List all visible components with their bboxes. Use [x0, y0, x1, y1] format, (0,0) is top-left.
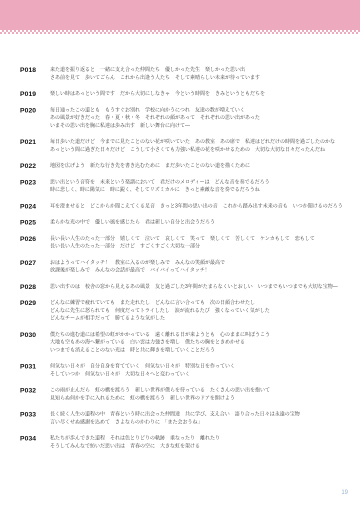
lyrics-line: 柔らかな光の中で 優しい風を感じたら 君は新しい自分と出会うだろう — [50, 219, 350, 227]
page-ref-label: P019 — [20, 90, 50, 98]
lyrics-entry: P022 地図を広げよう 新たな行き先を書き込むために まだ歩いたことのない道を… — [20, 162, 350, 170]
lyrics-line: 長い長い人生のたった一部分 だけど すごくすごく大切な一部分 — [50, 243, 350, 251]
lyrics-line: 楽しい時はあっという間です だから大切にしなきゃ 今という時間を きみというとも… — [50, 90, 350, 98]
lyrics-line: 長く続く人生の道程の中 青春という時に出会った仲間達 共に学び、支え合い 語り合… — [50, 411, 350, 419]
lyrics-line: さあ前を見て 歩いてごらん これから出逢う人たち そして素晴らしい未来が待ってい… — [50, 74, 350, 82]
lyrics-entry: P025 柔らかな光の中で 優しい風を感じたら 君は新しい自分と出会うだろう — [20, 219, 350, 227]
lyrics-line: そうしてみんなで紡いだ思い出は 青春の空に 大きな虹を架ける — [50, 442, 350, 450]
page-ref-label: P034 — [20, 435, 50, 443]
page-ref-label: P020 — [20, 106, 50, 114]
lyrics-line: あっという間に過ぎた日々だけど こうして小さくても力強い私達の花を咲かせるための… — [50, 146, 350, 154]
page-ref-label: P024 — [20, 202, 50, 210]
lyrics-list: P018 来た道を振り返ると 一緒に支え合った仲間たち 優しかった先生 楽しかっ… — [20, 66, 350, 459]
page-ref-label: P027 — [20, 259, 50, 267]
lyrics-line: 見知らぬ何かを手に入れるために 虹の橋を渡ろう 新しい世界のドアを開けよう — [50, 394, 350, 402]
lyrics-text: 地図を広げよう 新たな行き先を書き込むために まだ歩いたことのない道を描くために — [50, 162, 350, 170]
lyrics-line: 僕たちの進む道には希望の虹がかかっている 遠く離れる日が来ようとも 心のままに叫… — [50, 331, 350, 339]
lyrics-entry: P033 長く続く人生の道程の中 青春という時に出会った仲間達 共に学び、支え合… — [20, 411, 350, 427]
lyrics-line: 言い尽くせぬ感謝を込めて さよならのかわりに 「また会おうね」 — [50, 418, 350, 426]
lyrics-line: いまその思い出を胸に私達は歩み出す 新しい舞台に向けて― — [50, 122, 350, 130]
lyrics-text: おはようってハイタッチ！ 教室に入るのが楽しみで みんなの笑顔が最高で放課後が楽… — [50, 259, 350, 275]
lyrics-text: 私たちが歩んできた道程 それは色とりどりの軌跡 重なったり 離れたりそうしてみん… — [50, 435, 350, 451]
lyrics-line: 私たちが歩んできた道程 それは色とりどりの軌跡 重なったり 離れたり — [50, 435, 350, 443]
lyrics-line: おはようってハイタッチ！ 教室に入るのが楽しみで みんなの笑顔が最高で — [50, 259, 350, 267]
gingham-trim — [0, 30, 360, 34]
page-ref-label: P028 — [20, 283, 50, 291]
lyrics-line: 時に悲しく、時に陽気に 時に鋭く、そしてリズミカルに きっと素敵な音を奏でるだろ… — [50, 186, 350, 194]
lyrics-entry: P020 毎日通ったこの道とも もうすぐお別れ 学校に向かうにつれ 友達の数が増… — [20, 106, 350, 129]
page-ref-label: P025 — [20, 219, 50, 227]
lyrics-line: そしていつか 何気ない日々が 大切な日々へと変わっていく — [50, 370, 350, 378]
book-page: P018 来た道を振り返ると 一緒に支え合った仲間たち 優しかった先生 楽しかっ… — [0, 0, 360, 509]
lyrics-line: どんなに練習で疲れていても また走れたし どんなに言い合っても 次の日顔合わせた… — [50, 299, 350, 307]
lyrics-line: 思い出という音符を 未来という楽譜において 君だけのメロディーは どんな音を奏で… — [50, 178, 350, 186]
lyrics-entry: P031 何気ない日々が 自分自身を育てていく 何気ない日々が 特別な日を作って… — [20, 363, 350, 379]
lyrics-text: どんなに練習で疲れていても また走れたし どんなに言い合っても 次の日顔合わせた… — [50, 299, 350, 322]
lyrics-entry: P024 耳を澄ませると どこからか聞こえてくる足音 きっと3年間の思い出の音 … — [20, 202, 350, 210]
page-ref-label: P031 — [20, 363, 50, 371]
lyrics-entry: P026 長い長い人生のたった一部分 嬉しくて 泣いて 哀しくて 笑って 楽しく… — [20, 235, 350, 251]
folio-page-number: 19 — [341, 490, 348, 496]
lyrics-line: 毎日歩いた道だけど 今までに見たことのない花が咲いていた あの教室 あの席で 私… — [50, 138, 350, 146]
lyrics-text: 思い出という音符を 未来という楽譜において 君だけのメロディーは どんな音を奏で… — [50, 178, 350, 194]
lyrics-line: 放課後が楽しみで みんなの会話が最高で バイバイってハイタッチ！ — [50, 267, 350, 275]
lyrics-entry: P032 この雨が止んだら 虹の橋を渡ろう 新しい世界が僕らを待っている たくさ… — [20, 387, 350, 403]
lyrics-entry: P028 思い出すのは 校舎の窓から見えるあの風景 友と過ごした3年間がたまらな… — [20, 283, 350, 291]
lyrics-text: 長く続く人生の道程の中 青春という時に出会った仲間達 共に学び、支え合い 語り合… — [50, 411, 350, 427]
page-ref-label: P026 — [20, 235, 50, 243]
lyrics-text: この雨が止んだら 虹の橋を渡ろう 新しい世界が僕らを待っている たくさんの思い出… — [50, 387, 350, 403]
lyrics-line: いつまでも消えることのない光は 時と共に輝きを増していくことだろう — [50, 346, 350, 354]
page-ref-label: P032 — [20, 387, 50, 395]
lyrics-text: 毎日通ったこの道とも もうすぐお別れ 学校に向かうにつれ 友達の数が増えていくあ… — [50, 106, 350, 129]
lyrics-text: 長い長い人生のたった一部分 嬉しくて 泣いて 哀しくて 笑って 楽しくて 苦しく… — [50, 235, 350, 251]
page-ref-label: P030 — [20, 331, 50, 339]
lyrics-text: 来た道を振り返ると 一緒に支え合った仲間たち 優しかった先生 楽しかった思い出さ… — [50, 66, 350, 82]
lyrics-line: 大地も空もあの海へ繋がっている 白い雲は力強さを増し 僕たちの胸をときめかせる — [50, 339, 350, 347]
lyrics-line: あの風景が好きだった 春・夏・秋・冬 それぞれの顔があって それぞれの思い出があ… — [50, 114, 350, 122]
lyrics-line: どんなに先生に怒られても 何度だってトライしたし 涙が流れるたび 強くなっていく… — [50, 307, 350, 315]
lyrics-text: 僕たちの進む道には希望の虹がかかっている 遠く離れる日が来ようとも 心のままに叫… — [50, 331, 350, 354]
lyrics-line: 地図を広げよう 新たな行き先を書き込むために まだ歩いたことのない道を描くために — [50, 162, 350, 170]
page-ref-label: P029 — [20, 299, 50, 307]
lyrics-entry: P018 来た道を振り返ると 一緒に支え合った仲間たち 優しかった先生 楽しかっ… — [20, 66, 350, 82]
lyrics-line: 思い出すのは 校舎の窓から見えるあの風景 友と過ごした3年間がたまらなくいとおし… — [50, 283, 350, 291]
lyrics-text: 思い出すのは 校舎の窓から見えるあの風景 友と過ごした3年間がたまらなくいとおし… — [50, 283, 350, 291]
lyrics-entry: P021 毎日歩いた道だけど 今までに見たことのない花が咲いていた あの教室 あ… — [20, 138, 350, 154]
lyrics-line: 長い長い人生のたった一部分 嬉しくて 泣いて 哀しくて 笑って 楽しくて 苦しく… — [50, 235, 350, 243]
lyrics-line: 来た道を振り返ると 一緒に支え合った仲間たち 優しかった先生 楽しかった思い出 — [50, 66, 350, 74]
lyrics-text: 毎日歩いた道だけど 今までに見たことのない花が咲いていた あの教室 あの席で 私… — [50, 138, 350, 154]
lyrics-text: 何気ない日々が 自分自身を育てていく 何気ない日々が 特別な日を作っていくそして… — [50, 363, 350, 379]
page-ref-label: P021 — [20, 138, 50, 146]
lyrics-text: 楽しい時はあっという間です だから大切にしなきゃ 今という時間を きみというとも… — [50, 90, 350, 98]
page-ref-label: P033 — [20, 411, 50, 419]
lyrics-entry: P030 僕たちの進む道には希望の虹がかかっている 遠く離れる日が来ようとも 心… — [20, 331, 350, 354]
page-ref-label: P022 — [20, 162, 50, 170]
lyrics-line: 何気ない日々が 自分自身を育てていく 何気ない日々が 特別な日を作っていく — [50, 363, 350, 371]
lyrics-entry: P019 楽しい時はあっという間です だから大切にしなきゃ 今という時間を きみ… — [20, 90, 350, 98]
lyrics-entry: P023 思い出という音符を 未来という楽譜において 君だけのメロディーは どん… — [20, 178, 350, 194]
lyrics-line: 耳を澄ませると どこからか聞こえてくる足音 きっと3年間の思い出の音 これから踏… — [50, 202, 350, 210]
pink-header-band — [0, 0, 360, 30]
lyrics-entry: P027 おはようってハイタッチ！ 教室に入るのが楽しみで みんなの笑顔が最高で… — [20, 259, 350, 275]
page-ref-label: P018 — [20, 66, 50, 74]
page-ref-label: P023 — [20, 178, 50, 186]
lyrics-line: 毎日通ったこの道とも もうすぐお別れ 学校に向かうにつれ 友達の数が増えていく — [50, 106, 350, 114]
lyrics-text: 耳を澄ませると どこからか聞こえてくる足音 きっと3年間の思い出の音 これから踏… — [50, 202, 350, 210]
lyrics-text: 柔らかな光の中で 優しい風を感じたら 君は新しい自分と出会うだろう — [50, 219, 350, 227]
lyrics-line: この雨が止んだら 虹の橋を渡ろう 新しい世界が僕らを待っている たくさんの思い出… — [50, 387, 350, 395]
lyrics-entry: P029 どんなに練習で疲れていても また走れたし どんなに言い合っても 次の日… — [20, 299, 350, 322]
lyrics-line: どんなチームが相手だって 勝てるような気がした — [50, 315, 350, 323]
lyrics-entry: P034 私たちが歩んできた道程 それは色とりどりの軌跡 重なったり 離れたりそ… — [20, 435, 350, 451]
